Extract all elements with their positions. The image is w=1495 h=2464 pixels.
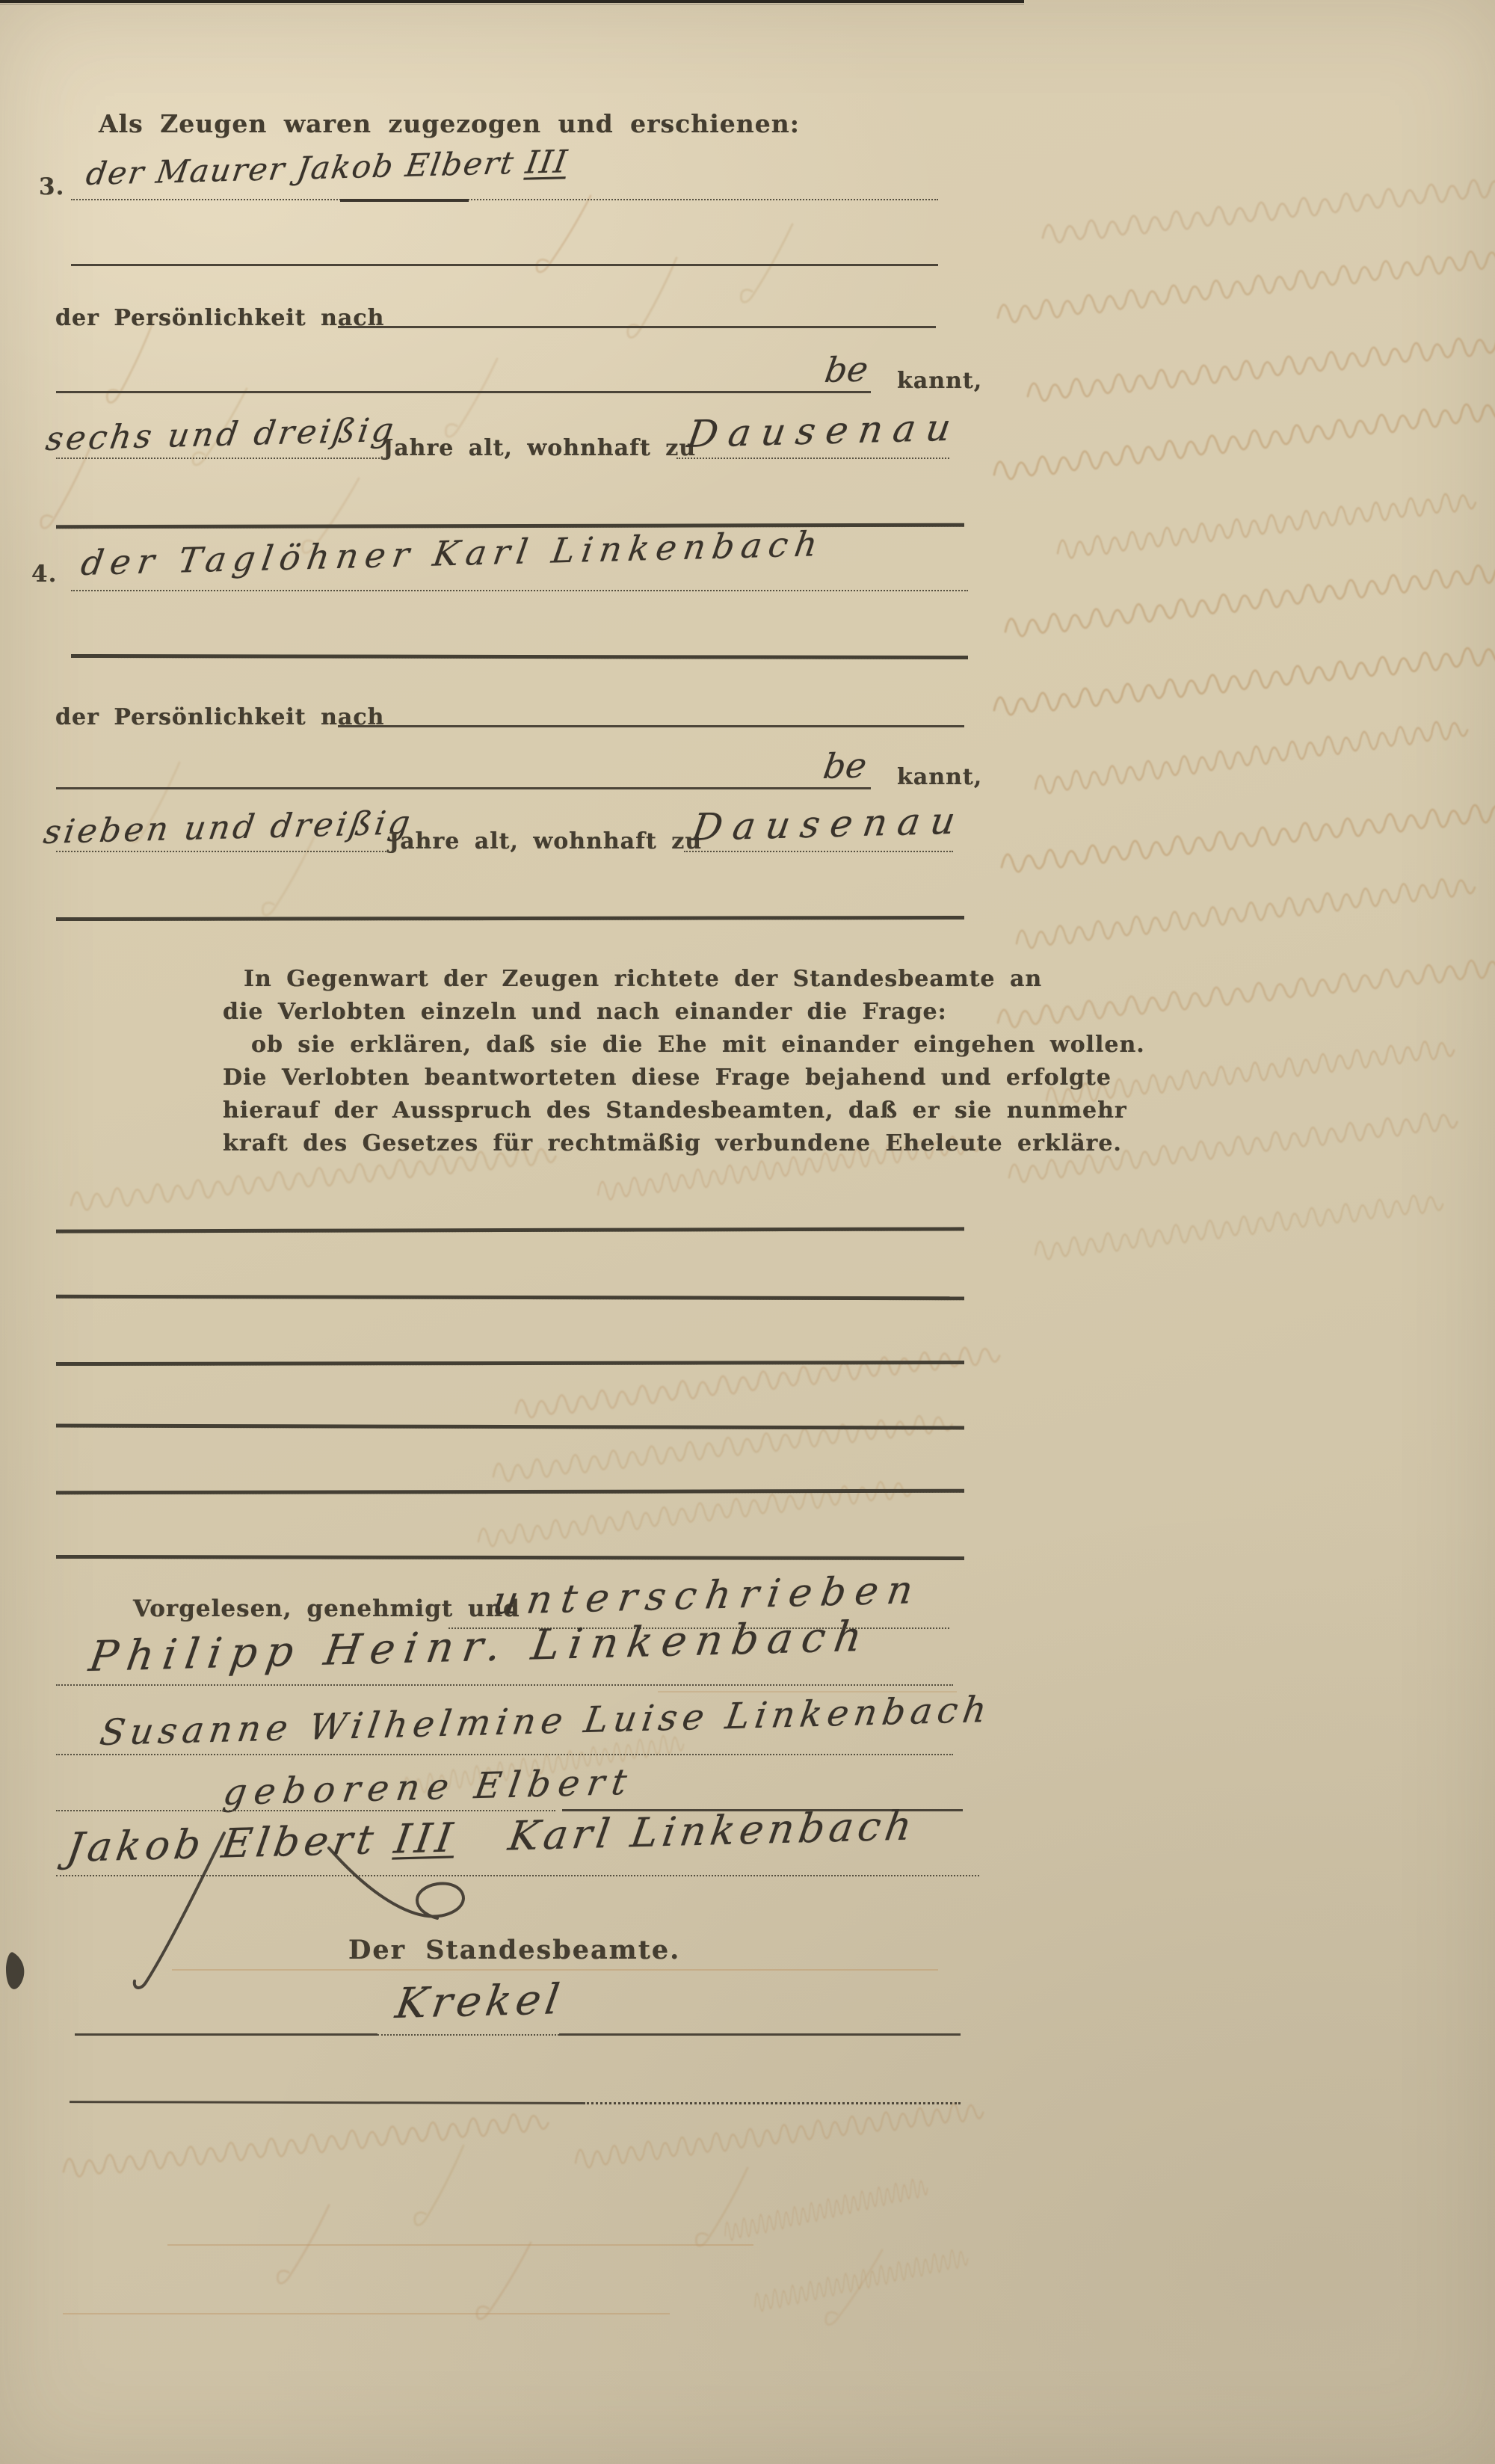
- ghost-rule: [658, 1691, 957, 1693]
- blank-rule: [56, 1227, 964, 1233]
- ghost-rule: [63, 2313, 670, 2314]
- witness4-residence: Dausenau: [689, 799, 969, 849]
- rule: [56, 523, 964, 529]
- rule: [56, 391, 871, 393]
- ceremony-line: hierauf der Ausspruch des Standesbeamten…: [223, 1094, 1015, 1127]
- witness-intro-line: Als Zeugen waren zugezogen und erschiene…: [99, 109, 800, 138]
- bleedthrough-strokes: [40, 174, 1495, 2333]
- rule: [71, 654, 968, 659]
- signature-witnesses: Jakob Elbert IIIKarl Linkenbach: [64, 1802, 919, 1871]
- registrar-signature: Krekel: [392, 1975, 567, 2028]
- page-top-edge-shadow: [0, 4, 1024, 4]
- witness3-entry: der Maurer Jakob Elbert III: [84, 143, 571, 192]
- rule: [676, 458, 949, 459]
- rule: [56, 787, 871, 789]
- rule: [70, 2101, 583, 2104]
- witness3-identity-label: der Persönlichkeit nach: [55, 305, 384, 331]
- signature-witness3-numeral: III: [392, 1814, 460, 1862]
- witness4-known-printed: kannt,: [897, 764, 982, 790]
- rule: [56, 1684, 953, 1686]
- ceremony-paragraph: In Gegenwart der Zeugen richtete der Sta…: [223, 963, 1015, 1160]
- blank-rule: [56, 1424, 964, 1430]
- rule: [71, 199, 938, 200]
- witness3-age-printed: Jahre alt, wohnhaft zu: [383, 435, 696, 461]
- witness3-age-handwritten: sechs und dreißig: [43, 411, 399, 458]
- registry-document-page: Als Zeugen waren zugezogen und erschiene…: [0, 0, 1495, 2464]
- rule: [449, 1627, 949, 1629]
- closing-printed-lead: Vorgelesen, genehmigt und: [133, 1595, 520, 1622]
- signature-witness3: Jakob Elbert: [64, 1816, 381, 1871]
- witness3-known-printed: kannt,: [897, 368, 982, 394]
- rule: [56, 916, 964, 921]
- ceremony-line: In Gegenwart der Zeugen richtete der Sta…: [244, 963, 1015, 996]
- rule: [75, 2033, 377, 2036]
- signature-descender-flourish: [135, 1833, 224, 1988]
- ceremony-line: die Verlobten einzeln und nach einander …: [223, 996, 1015, 1029]
- ink-blot: [6, 1952, 24, 1989]
- witness3-known-handwritten: be: [822, 349, 871, 390]
- witness4-entry: der Taglöhner Karl Linkenbach: [78, 523, 827, 583]
- rule: [562, 1809, 963, 1811]
- witness4-age-printed: Jahre alt, wohnhaft zu: [389, 828, 702, 854]
- signature-witness4: Karl Linkenbach: [505, 1802, 919, 1859]
- rule: [340, 199, 469, 202]
- rule: [338, 725, 964, 727]
- rule: [684, 851, 953, 852]
- witness3-residence: Dausenau: [685, 406, 964, 456]
- page-top-edge: [0, 0, 1024, 3]
- rule: [56, 851, 392, 852]
- rule: [56, 1810, 555, 1811]
- signature-bride-birthname: geborene Elbert: [221, 1761, 637, 1814]
- ceremony-line: ob sie erklären, daß sie die Ehe mit ein…: [251, 1029, 1015, 1062]
- ink-flourish-layer: [0, 0, 1495, 2464]
- blank-rule: [56, 1295, 964, 1301]
- ghost-rule: [172, 1969, 938, 1971]
- rule: [56, 458, 385, 459]
- ceremony-line: kraft des Gesetzes für rechtmäßig verbun…: [223, 1127, 1015, 1160]
- witness4-age-handwritten: sieben und dreißig: [41, 804, 416, 851]
- rule: [71, 264, 938, 266]
- witness4-identity-label: der Persönlichkeit nach: [55, 704, 384, 730]
- witness4-number: 4.: [31, 561, 57, 588]
- rule: [56, 1754, 953, 1755]
- rule: [583, 2102, 961, 2104]
- blank-rule: [56, 1361, 964, 1366]
- rule: [559, 2033, 961, 2036]
- registrar-label: Der Standesbeamte.: [348, 1935, 680, 1965]
- signature-groom: Philipp Heinr. Linkenbach: [86, 1613, 874, 1681]
- ceremony-line: Die Verlobten beantworteten diese Frage …: [223, 1062, 1015, 1094]
- blank-rule: [56, 1555, 964, 1560]
- blank-rule: [56, 1489, 964, 1495]
- rule: [377, 2034, 559, 2036]
- rule: [56, 1875, 979, 1876]
- bleedthrough-ink-layer: [0, 0, 1495, 2464]
- witness4-known-handwritten: be: [821, 745, 869, 786]
- closing-hand-continuation: unterschrieben: [490, 1568, 925, 1624]
- rule: [71, 590, 968, 591]
- ghost-rule: [167, 2244, 753, 2246]
- rule: [338, 326, 936, 328]
- signature-loop-flourish: [329, 1848, 463, 1918]
- signature-bride: Susanne Wilhelmine Luise Linkenbach: [97, 1689, 994, 1754]
- witness3-entry-numeral: III: [523, 143, 570, 180]
- witness3-number: 3.: [39, 173, 64, 200]
